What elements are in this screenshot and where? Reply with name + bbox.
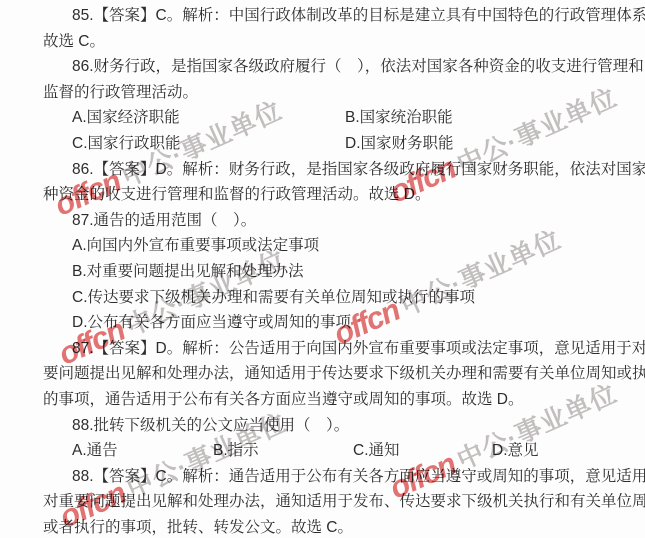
text-line: A.向国内外宣布重要事项或法定事项 (43, 233, 643, 259)
option-item: D.国家财务职能 (345, 131, 454, 157)
option-item: A.国家经济职能 (72, 105, 180, 131)
option-item: B.国家统治职能 (345, 105, 453, 131)
document-lines: 85.【答案】C。解析：中国行政体制改革的目标是建立具有中国特色的行政管理体系。… (43, 3, 643, 538)
text-line: 87.通告的适用范围（ ）。 (43, 208, 643, 234)
text-line: 86.【答案】D。解析：财务行政，是指国家各级政府履行国家财务职能，依法对国家各 (43, 157, 643, 183)
text-line: 85.【答案】C。解析：中国行政体制改革的目标是建立具有中国特色的行政管理体系。 (43, 3, 643, 29)
option-item: A.通告 (72, 438, 118, 464)
text-line: 对重要问题提出见解和处理办法，通知适用于发布、传达要求下级机关执行和有关单位周知 (43, 489, 643, 515)
options-row: C.国家行政职能D.国家财务职能 (43, 131, 643, 157)
text-line: 监督的行政管理活动。 (43, 80, 643, 106)
option-item: C.通知 (353, 438, 400, 464)
text-line: B.对重要问题提出见解和处理办法 (43, 259, 643, 285)
options-row: A.通告B.指示C.通知D.意见 (43, 438, 643, 464)
option-item: B.指示 (213, 438, 259, 464)
text-line: D.公布有关各方面应当遵守或周知的事项 (43, 310, 643, 336)
text-line: 86.财务行政，是指国家各级政府履行（ ），依法对国家各种资金的收支进行管理和 (43, 54, 643, 80)
text-line: 88.【答案】C。解析：通告适用于公布有关各方面应当遵守或周知的事项，意见适用于 (43, 464, 643, 490)
document-body: 85.【答案】C。解析：中国行政体制改革的目标是建立具有中国特色的行政管理体系。… (43, 3, 643, 538)
text-line: 要问题提出见解和处理办法，通知适用于传达要求下级机关办理和需要有关单位周知或执行 (43, 361, 643, 387)
text-line: 或者执行的事项，批转、转发公文。故选 C。 (43, 515, 643, 538)
text-line: 的事项，通告适用于公布有关各方面应当遵守或周知的事项。故选 D。 (43, 387, 643, 413)
text-line: 88.批转下级机关的公文应当使用（ ）。 (43, 413, 643, 439)
text-line: C.传达要求下级机关办理和需要有关单位周知或执行的事项 (43, 285, 643, 311)
text-line: 87.【答案】D。解析：公告适用于向国内外宣布重要事项或法定事项，意见适用于对重 (43, 336, 643, 362)
option-item: C.国家行政职能 (72, 131, 181, 157)
option-item: D.意见 (492, 438, 539, 464)
options-row: A.国家经济职能B.国家统治职能 (43, 105, 643, 131)
text-line: 种资金的收支进行管理和监督的行政管理活动。故选 D。 (43, 182, 643, 208)
text-line: 故选 C。 (43, 29, 643, 55)
